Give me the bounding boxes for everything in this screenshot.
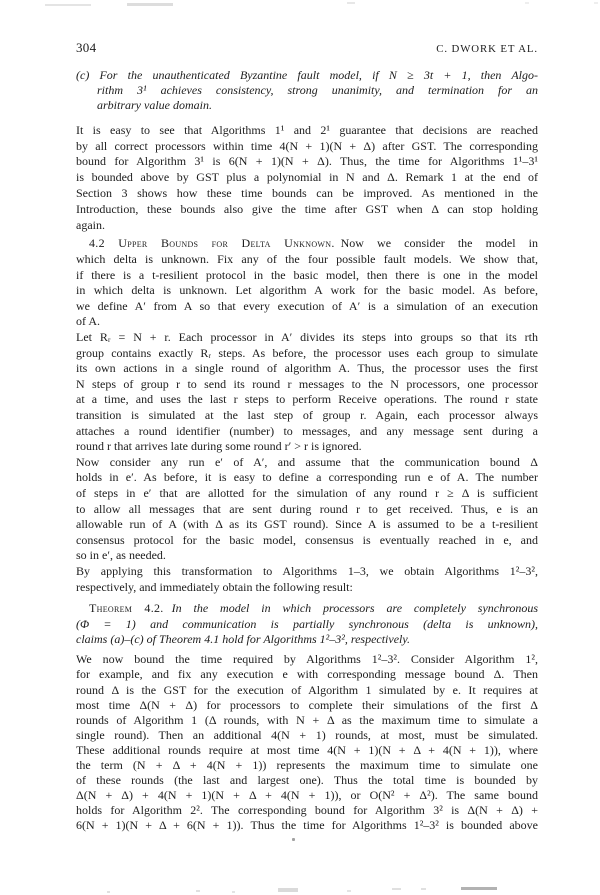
- text-line: if there is a t-resilient protocol in th…: [76, 268, 538, 284]
- text-line: holds for Algorithm 2². The correspondin…: [76, 803, 538, 818]
- scan-artifact: [107, 891, 110, 893]
- theorem-first-line: Theorem 4.2.In the model in which proces…: [76, 601, 538, 617]
- text-line: in which delta is unknown. Let algorithm…: [76, 283, 538, 299]
- scan-artifact: [232, 891, 235, 893]
- theorem-body-lines: (Φ = 1) and communication is partially s…: [76, 617, 538, 648]
- scan-artifact: [347, 2, 355, 4]
- theorem-4-2: Theorem 4.2.In the model in which proces…: [76, 601, 538, 648]
- text-line: attaches a round identifier (number) to …: [76, 424, 538, 440]
- paragraph-transformation: By applying this transformation to Algor…: [76, 564, 538, 595]
- text-line: of steps in e′ that are allotted for the…: [76, 486, 538, 502]
- scan-artifact: [278, 888, 298, 892]
- text-line: Let Rᵣ = N + r. Each processor in A′ div…: [76, 330, 538, 346]
- text-line: so in e′, as needed.: [76, 548, 538, 564]
- section-first-line: 4.2 Upper Bounds for Delta Unknown.Now w…: [76, 236, 538, 252]
- scan-artifact: [461, 887, 497, 890]
- text-line: consensus protocol for the basic model, …: [76, 533, 538, 549]
- text-line: rithm 3¹ achieves consistency, strong un…: [97, 83, 538, 98]
- text-line: N steps of group r to send its round r m…: [76, 377, 538, 393]
- paragraph-step-groups: Let Rᵣ = N + r. Each processor in A′ div…: [76, 330, 538, 455]
- text-line: for example, and fix any execution e wit…: [76, 667, 538, 682]
- text-line: Introduction, these bounds also give the…: [76, 202, 538, 218]
- paragraph-time-bound-analysis: We now bound the time required by Algori…: [76, 652, 538, 833]
- document-page: 304 C. DWORK ET AL. (c) For the unauthen…: [0, 0, 600, 895]
- text-line: (c) For the unauthenticated Byzantine fa…: [97, 68, 538, 83]
- page-number: 304: [76, 40, 96, 56]
- scan-artifact: [45, 4, 91, 6]
- scan-artifact: [127, 3, 173, 6]
- text-line: the term (N + Δ + 4(N + 1)) represents t…: [76, 758, 538, 773]
- text-line: its own actions in a single round of alg…: [76, 361, 538, 377]
- text-line: is bounded above by GST plus a polynomia…: [76, 170, 538, 186]
- text-line: (Φ = 1) and communication is partially s…: [76, 617, 538, 633]
- text-line: 6(N + 1)(N + Δ + 6(N + 1)). Thus the tim…: [76, 818, 538, 833]
- theorem-tag: Theorem 4.2.: [89, 601, 164, 615]
- text-line: allowable run of A (with Δ as its GST ro…: [76, 517, 538, 533]
- text-line: of A.: [76, 314, 538, 330]
- text-line: holds in e′. As before, it is easy to de…: [76, 470, 538, 486]
- scan-artifact: [594, 2, 598, 4]
- text-line: rounds of Algorithm 1 (Δ rounds, with N …: [76, 713, 538, 728]
- text-line: By applying this transformation to Algor…: [76, 564, 538, 580]
- text-line: to allow all messages that are sent duri…: [76, 502, 538, 518]
- text-line: which delta is unknown. Fix any of the f…: [76, 252, 538, 268]
- text-line: It is easy to see that Algorithms 1¹ and…: [76, 123, 538, 139]
- running-head: C. DWORK ET AL.: [436, 43, 538, 55]
- scan-artifact: [196, 890, 200, 892]
- scan-artifact: [392, 888, 401, 890]
- paragraph-run-simulation: Now consider any run e′ of A′, and assum…: [76, 455, 538, 564]
- text-line: These additional rounds require at most …: [76, 743, 538, 758]
- text-line: of these rounds (the last and largest on…: [76, 773, 538, 788]
- paragraph-time-bounds-known: It is easy to see that Algorithms 1¹ and…: [76, 123, 538, 234]
- text-line: group contains exactly Rᵣ steps. As befo…: [76, 346, 538, 362]
- text-line: bound for Algorithm 3¹ is 6(N + 1)(N + Δ…: [76, 154, 538, 170]
- text-line: Now consider any run e′ of A′, and assum…: [76, 455, 538, 471]
- section-4-2: 4.2 Upper Bounds for Delta Unknown.Now w…: [76, 236, 538, 330]
- text-line: most time Δ(N + Δ) for processors to com…: [76, 698, 538, 713]
- text-line: Section 3 shows how these time bounds ca…: [76, 186, 538, 202]
- scan-artifact: [525, 2, 529, 4]
- scan-artifact: [292, 838, 295, 841]
- text-line: round Δ is the GST for the execution of …: [76, 683, 538, 698]
- theorem-first-line-text: In the model in which processors are com…: [172, 601, 538, 615]
- text-line: single round). Then an additional 4(N + …: [76, 728, 538, 743]
- text-line: again.: [76, 218, 538, 234]
- section-body-lines: which delta is unknown. Fix any of the f…: [76, 252, 538, 330]
- text-line: arbitrary value domain.: [97, 98, 538, 113]
- text-line: at a time, and uses the last r steps to …: [76, 392, 538, 408]
- scan-artifact: [347, 890, 351, 892]
- page-content: 304 C. DWORK ET AL. (c) For the unauthen…: [76, 40, 538, 834]
- text-line: we define A′ from A so that every execut…: [76, 299, 538, 315]
- page-header: 304 C. DWORK ET AL.: [76, 40, 538, 56]
- text-line: respectively, and immediately obtain the…: [76, 580, 538, 596]
- text-line: transition is simulated at the last step…: [76, 408, 538, 424]
- text-line: Δ(N + Δ) + 4(N + 1)(N + Δ + 4(N + 1)), o…: [76, 788, 538, 803]
- text-line: by all correct processors within time 4(…: [76, 139, 538, 155]
- text-line: claims (a)–(c) of Theorem 4.1 hold for A…: [76, 632, 538, 648]
- text-line: We now bound the time required by Algori…: [76, 652, 538, 667]
- claim-item-c: (c) For the unauthenticated Byzantine fa…: [76, 68, 538, 114]
- section-heading: 4.2 Upper Bounds for Delta Unknown.: [89, 236, 335, 250]
- text-line: round r that arrives late during some ro…: [76, 439, 538, 455]
- scan-artifact: [421, 888, 426, 890]
- section-first-line-text: Now we consider the model in: [341, 236, 538, 250]
